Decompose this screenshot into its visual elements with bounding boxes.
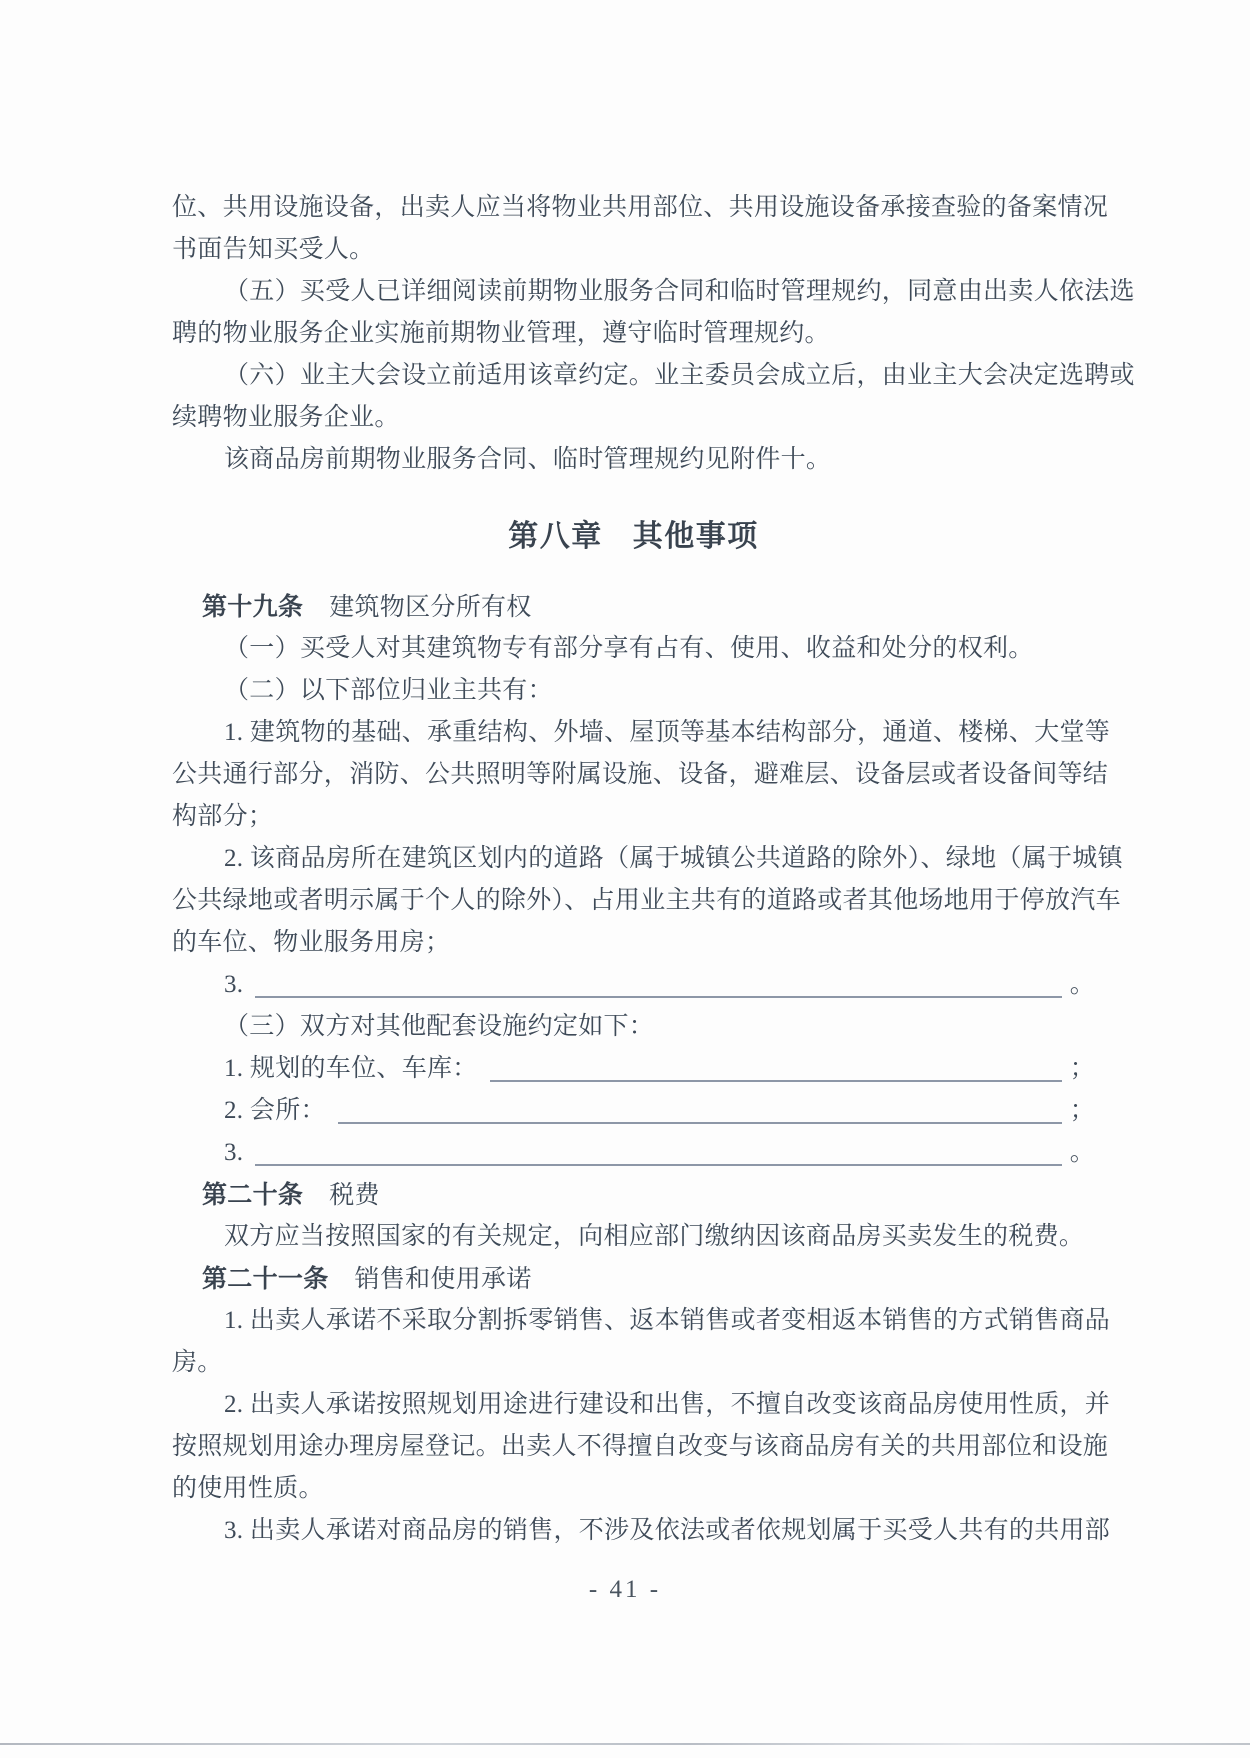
text-line: 聘的物业服务企业实施前期物业管理，遵守临时管理规约。: [172, 313, 1095, 355]
article-number: 第二十条: [202, 1181, 303, 1209]
text-segment: 双方应当按照国家的有关规定，向相应部门缴纳因该商品房买卖发生的税费。: [224, 1223, 1084, 1250]
fill-in-blank: [255, 996, 1061, 998]
text-line: 的使用性质。: [172, 1468, 1095, 1510]
text-line: 2. 该商品房所在建筑区划内的道路（属于城镇公共道路的除外）、绿地（属于城镇: [172, 838, 1095, 880]
text-line: 1. 出卖人承诺不采取分割拆零销售、返本销售或者变相返本销售的方式销售商品: [172, 1300, 1095, 1342]
text-line: 房。: [172, 1342, 1095, 1384]
article-number: 第十九条: [202, 593, 303, 621]
text-segment: （五）买受人已详细阅读前期物业服务合同和临时管理规约，同意由出卖人依法选: [224, 278, 1135, 305]
text-line: 2. 会所：；: [172, 1090, 1095, 1132]
text-line: 3.。: [172, 1132, 1095, 1174]
text-segment: 书面告知买受人。: [172, 236, 374, 263]
text-segment: （二）以下部位归业主共有：: [224, 677, 553, 704]
text-line: （二）以下部位归业主共有：: [172, 670, 1095, 712]
text-segment: 房。: [172, 1349, 223, 1376]
text-segment: 1. 出卖人承诺不采取分割拆零销售、返本销售或者变相返本销售的方式销售商品: [224, 1307, 1110, 1334]
article-number: 其他事项: [633, 520, 759, 553]
text-segment: 1. 规划的车位、车库：: [224, 1048, 478, 1090]
text-line: 书面告知买受人。: [172, 229, 1095, 271]
text-line: （五）买受人已详细阅读前期物业服务合同和临时管理规约，同意由出卖人依法选: [172, 271, 1095, 313]
article-number: 第八章: [508, 520, 603, 553]
text-segment: 位、共用设施设备，出卖人应当将物业共用部位、共用设施设备承接查验的备案情况: [172, 194, 1108, 221]
text-line: 双方应当按照国家的有关规定，向相应部门缴纳因该商品房买卖发生的税费。: [172, 1216, 1095, 1258]
text-segment: 公共通行部分，消防、公共照明等附属设施、设备，避难层、设备层或者设备间等结: [172, 761, 1108, 788]
text-segment: 公共绿地或者明示属于个人的除外）、占用业主共有的道路或者其他场地用于停放汽车: [172, 887, 1121, 914]
text-segment: 按照规划用途办理房屋登记。出卖人不得擅自改变与该商品房有关的共用部位和设施: [172, 1433, 1108, 1460]
text-line: 公共通行部分，消防、公共照明等附属设施、设备，避难层、设备层或者设备间等结: [172, 754, 1095, 796]
text-segment: 销售和使用承诺: [355, 1266, 532, 1293]
article-heading: 第二十一条销售和使用承诺: [172, 1258, 1095, 1300]
text-segment: ；: [1070, 1048, 1095, 1090]
text-segment: 构部分；: [172, 803, 273, 830]
text-segment: 建筑物区分所有权: [329, 594, 531, 621]
fill-in-blank: [490, 1080, 1062, 1082]
text-segment: 1. 建筑物的基础、承重结构、外墙、屋顶等基本结构部分，通道、楼梯、大堂等: [224, 719, 1110, 746]
text-segment: 该商品房前期物业服务合同、临时管理规约见附件十。: [224, 446, 831, 473]
text-line: 的车位、物业服务用房；: [172, 922, 1095, 964]
text-segment: 3.: [224, 1132, 243, 1174]
text-segment: 税费: [329, 1182, 380, 1209]
text-line: 1. 规划的车位、车库：；: [172, 1048, 1095, 1090]
text-line: 构部分；: [172, 796, 1095, 838]
text-block: 位、共用设施设备，出卖人应当将物业共用部位、共用设施设备承接查验的备案情况书面告…: [172, 187, 1095, 1552]
chapter-heading: 第八章其他事项: [172, 514, 1095, 560]
text-line: （三）双方对其他配套设施约定如下：: [172, 1006, 1095, 1048]
document-page: 位、共用设施设备，出卖人应当将物业共用部位、共用设施设备承接查验的备案情况书面告…: [0, 0, 1250, 1758]
text-segment: （一）买受人对其建筑物专有部分享有占有、使用、收益和处分的权利。: [224, 635, 1034, 662]
text-line: 3. 出卖人承诺对商品房的销售，不涉及依法或者依规划属于买受人共有的共用部: [172, 1510, 1095, 1552]
text-segment: 2. 出卖人承诺按照规划用途进行建设和出售，不擅自改变该商品房使用性质，并: [224, 1391, 1110, 1418]
text-line: 3.。: [172, 964, 1095, 1006]
text-segment: （三）双方对其他配套设施约定如下：: [224, 1013, 654, 1040]
text-line: 位、共用设施设备，出卖人应当将物业共用部位、共用设施设备承接查验的备案情况: [172, 187, 1095, 229]
article-heading: 第二十条税费: [172, 1174, 1095, 1216]
text-segment: 的使用性质。: [172, 1475, 324, 1502]
text-segment: 3. 出卖人承诺对商品房的销售，不涉及依法或者依规划属于买受人共有的共用部: [224, 1517, 1110, 1544]
text-line: 1. 建筑物的基础、承重结构、外墙、屋顶等基本结构部分，通道、楼梯、大堂等: [172, 712, 1095, 754]
text-segment: 。: [1070, 964, 1095, 1006]
text-segment: 2. 该商品房所在建筑区划内的道路（属于城镇公共道路的除外）、绿地（属于城镇: [224, 845, 1123, 872]
fill-in-blank: [338, 1122, 1062, 1124]
text-segment: 3.: [224, 964, 243, 1006]
text-segment: 2. 会所：: [224, 1090, 326, 1132]
page-number: - 41 -: [0, 1576, 1250, 1604]
text-line: （六）业主大会设立前适用该章约定。业主委员会成立后，由业主大会决定选聘或: [172, 355, 1095, 397]
text-line: 该商品房前期物业服务合同、临时管理规约见附件十。: [172, 439, 1095, 481]
text-segment: 。: [1070, 1132, 1095, 1174]
text-segment: ；: [1070, 1090, 1095, 1132]
article-number: 第二十一条: [202, 1265, 329, 1293]
text-segment: 的车位、物业服务用房；: [172, 929, 450, 956]
scan-edge-line: [0, 1743, 1250, 1745]
text-line: 2. 出卖人承诺按照规划用途进行建设和出售，不擅自改变该商品房使用性质，并: [172, 1384, 1095, 1426]
article-heading: 第十九条建筑物区分所有权: [172, 586, 1095, 628]
text-line: 按照规划用途办理房屋登记。出卖人不得擅自改变与该商品房有关的共用部位和设施: [172, 1426, 1095, 1468]
text-segment: （六）业主大会设立前适用该章约定。业主委员会成立后，由业主大会决定选聘或: [224, 362, 1135, 389]
text-segment: 聘的物业服务企业实施前期物业管理，遵守临时管理规约。: [172, 320, 830, 347]
text-line: 公共绿地或者明示属于个人的除外）、占用业主共有的道路或者其他场地用于停放汽车: [172, 880, 1095, 922]
text-line: 续聘物业服务企业。: [172, 397, 1095, 439]
text-segment: 续聘物业服务企业。: [172, 404, 400, 431]
text-line: （一）买受人对其建筑物专有部分享有占有、使用、收益和处分的权利。: [172, 628, 1095, 670]
fill-in-blank: [255, 1164, 1061, 1166]
